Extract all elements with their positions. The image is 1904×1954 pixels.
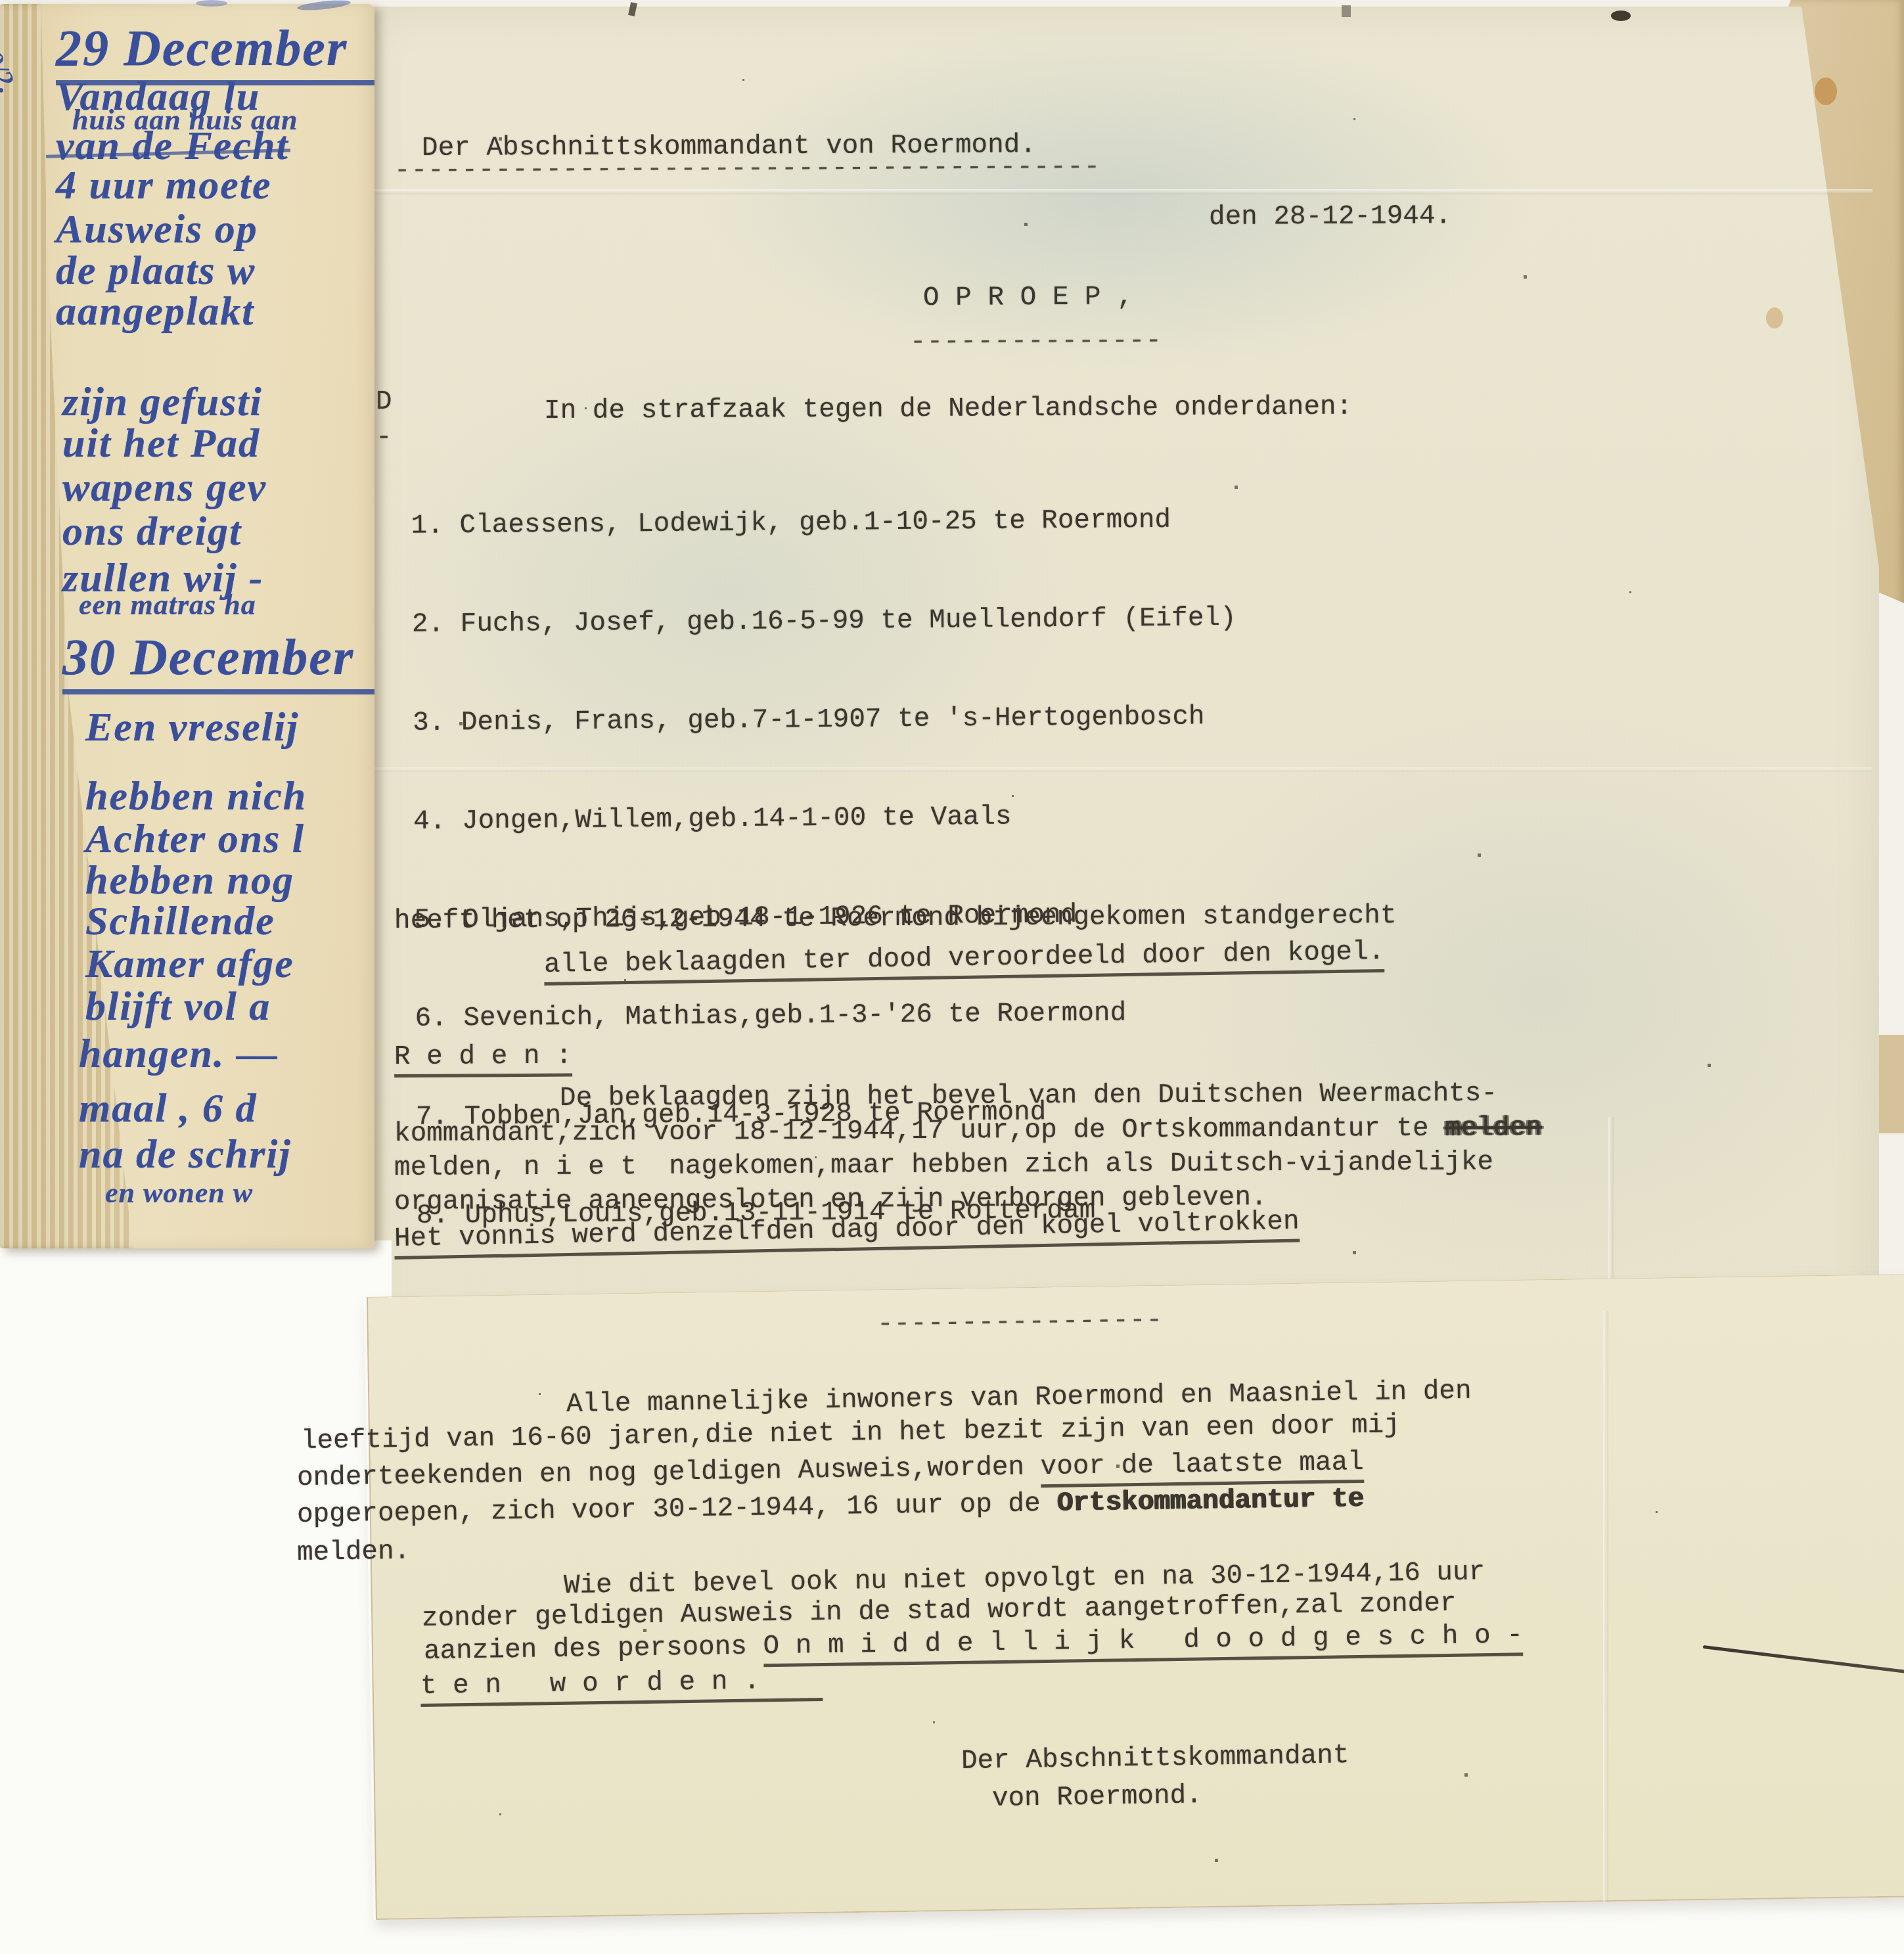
accused-row: 1. Claessens, Lodewijk, geb.1-10-25 te R… (395, 503, 1236, 543)
ink-smudge (1611, 11, 1631, 21)
diary-line: wapens gev (0, 465, 374, 511)
struck-word: melden (1445, 1113, 1542, 1144)
diary-line: blijft vol a (0, 984, 374, 1030)
diary-line: de plaats w (0, 248, 374, 294)
diary-line: hangen. — (0, 1031, 374, 1078)
overtyped-word: Ortskommandantur te (1056, 1484, 1364, 1519)
accused-row: 2. Fuchs, Josef, geb.16-5-99 te Muellend… (396, 602, 1236, 641)
accused-row: 3. Denis, Frans, geb.7-1-1907 te 's-Hert… (396, 700, 1237, 740)
document-title: O P R O E P , (923, 281, 1133, 314)
paper-stain (1766, 307, 1783, 329)
diary-page: 39/2. 29 December Vandaag lu huis aan hu… (0, 4, 374, 1248)
diary-line: hebben nog (0, 857, 374, 904)
accused-row: 4. Jongen,Willem,geb.14-1-00 te Vaals (397, 799, 1238, 838)
diary-line: een matras ha (0, 588, 374, 622)
oproep-line-5: melden. (297, 1535, 411, 1569)
diary-date-heading: 30 December (0, 627, 374, 694)
document-date: den 28-12-1944. (1209, 200, 1451, 233)
diary-line: 4 uur moete (0, 162, 374, 209)
reden-heading: R e d e n : (394, 1041, 572, 1073)
diary-line: uit het Pad (0, 420, 374, 467)
diary-line: na de schrij (0, 1131, 374, 1178)
signature-line-1: Der Abschnittskommandant (961, 1740, 1349, 1777)
signature-line-2: von Roermond. (992, 1780, 1203, 1815)
background-bottom-left (0, 1240, 392, 1954)
diary-line: Schillende (0, 898, 374, 945)
diary-line: en wonen w (0, 1176, 374, 1210)
diary-line: Een vreselij (0, 704, 374, 751)
ink-mark (196, 0, 227, 7)
title-underline-dashes: --------------- (910, 325, 1162, 358)
diary-line: aangeplakt (0, 288, 374, 335)
warning-line-4: t e n w o r d e n . (420, 1665, 823, 1702)
diary-line: Achter ons l (0, 816, 374, 863)
diary-line: hebben nich (0, 773, 374, 820)
reden-line-3: melden, n i e t nagekomen,maar hebben zi… (394, 1147, 1493, 1184)
edge-fragment-dash: - (376, 422, 392, 453)
verdict-intro-line: heeft het op 26-12-1944 te Roermond bije… (394, 900, 1397, 937)
edge-fragment-letter: D (376, 386, 392, 418)
reden-line-2: kommandant,zich voor 18-12-1944,17 uur,o… (394, 1112, 1542, 1150)
diary-line: Kamer afge (0, 941, 374, 988)
underlined-phrase: voor de laatste maal (1040, 1447, 1364, 1488)
diary-line: maal , 6 d (0, 1085, 374, 1132)
separator-dashes: ----------------- (877, 1305, 1164, 1340)
diary-line: Ausweis op (0, 206, 374, 253)
paper-stain (1815, 78, 1837, 105)
reden-line-1: De beklaagden zijn het bevel van den Dui… (560, 1078, 1497, 1114)
paper-specks (0, 0, 2, 2)
diary-line: ons dreigt (0, 509, 374, 555)
diary-line: zijn gefusti (0, 379, 374, 426)
intro-line: In de strafzaak tegen de Nederlandsche o… (544, 392, 1352, 427)
ink-smudge (1342, 5, 1351, 17)
header-underline-dashes: ----------------------------------------… (394, 151, 1101, 187)
accused-row: 6. Sevenich, Mathias,geb.1-3-'26 te Roer… (399, 996, 1240, 1035)
